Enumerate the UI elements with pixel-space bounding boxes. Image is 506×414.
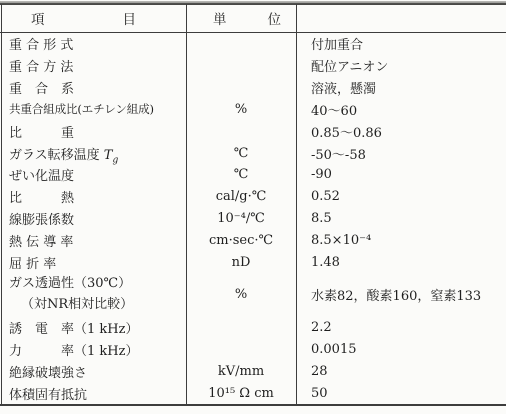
header-unit-label-left: 単 xyxy=(213,8,227,28)
table-row: 絶縁破壊強さ kV/mm 28 xyxy=(0,360,506,382)
value-cell: 溶液，懸濁 xyxy=(296,78,506,97)
value-cell: 配位アニオン xyxy=(296,56,506,75)
property-label: 重 合 方 法 xyxy=(0,56,186,75)
value-cell: 0.85～0.86 xyxy=(296,122,506,141)
table-row: 重 合 方 法 配位アニオン xyxy=(0,55,506,77)
scanned-property-table-page: 項 目 単 位 重 合 形 式 付加重合 重 合 方 法 配位アニオン 重 合 … xyxy=(0,0,506,414)
property-label: ぜい化温度 xyxy=(0,165,186,184)
table-row: 体積固有抵抗 10¹⁵ Ω cm 50 xyxy=(0,382,506,404)
table-row: 熱 伝 導 率 cm·sec·℃ 8.5×10⁻⁴ xyxy=(0,229,506,251)
table-row: 比 重 0.85～0.86 xyxy=(0,120,506,142)
table-row: ぜい化温度 ℃ -90 xyxy=(0,164,506,186)
property-label: 力 率（1 kHz） xyxy=(0,340,186,359)
value-cell: 0.0015 xyxy=(296,342,506,357)
table-body: 重 合 形 式 付加重合 重 合 方 法 配位アニオン 重 合 系 溶液，懸濁 … xyxy=(0,33,506,404)
property-label: 熱 伝 導 率 xyxy=(0,231,186,250)
table-row: 力 率（1 kHz） 0.0015 xyxy=(0,339,506,361)
value-cell: 8.5 xyxy=(296,211,506,226)
header-item-label-left: 項 xyxy=(31,8,45,28)
unit-cell: % xyxy=(186,102,296,117)
table-row: 共重合組成比(エチレン組成) % 40～60 xyxy=(0,98,506,120)
table-row: 屈 折 率 nD 1.48 xyxy=(0,251,506,273)
value-cell: 0.52 xyxy=(296,189,506,204)
value-cell: 1.48 xyxy=(296,255,506,270)
header-unit-label-right: 位 xyxy=(268,8,282,28)
table-row: ガス透過性（30℃） （対NR相対比較） % 水素82，酸素160，窒素133 xyxy=(0,273,506,317)
property-label: 線膨張係数 xyxy=(0,209,186,228)
value-cell: -90 xyxy=(296,167,506,182)
unit-cell: cal/g·℃ xyxy=(186,189,296,204)
header-item-column: 項 目 xyxy=(0,4,186,32)
property-label: 比 重 xyxy=(0,122,186,141)
table-bottom-rule xyxy=(0,404,506,406)
value-cell: 付加重合 xyxy=(296,34,506,53)
value-cell: 40～60 xyxy=(296,100,506,119)
header-value-column xyxy=(296,4,506,32)
unit-cell: ℃ xyxy=(186,167,296,182)
property-label-text: ガラス転移温度 xyxy=(9,148,100,163)
header-item-label-right: 目 xyxy=(123,8,137,28)
property-label-line2: （対NR相対比較） xyxy=(9,295,186,316)
table-row: ガラス転移温度 Tg ℃ -50～-58 xyxy=(0,142,506,164)
table-row: 重 合 系 溶液，懸濁 xyxy=(0,77,506,99)
table-header-row: 項 目 単 位 xyxy=(0,4,506,32)
property-label: 重 合 形 式 xyxy=(0,34,186,53)
unit-cell: cm·sec·℃ xyxy=(186,233,296,248)
unit-cell: kV/mm xyxy=(186,364,296,379)
unit-cell: nD xyxy=(186,255,296,270)
value-cell: 8.5×10⁻⁴ xyxy=(296,233,506,248)
property-label-line1: ガス透過性（30℃） xyxy=(9,274,186,295)
table-row: 線膨張係数 10⁻⁴/℃ 8.5 xyxy=(0,208,506,230)
unit-cell: % xyxy=(186,287,296,302)
value-cell: 2.2 xyxy=(296,320,506,335)
table-row: 重 合 形 式 付加重合 xyxy=(0,33,506,55)
property-label: 誘 電 率（1 kHz） xyxy=(0,318,186,337)
property-label: 体積固有抵抗 xyxy=(0,384,186,403)
table-row: 比 熱 cal/g·℃ 0.52 xyxy=(0,186,506,208)
value-cell: 50 xyxy=(296,386,506,401)
property-label: ガラス転移温度 Tg xyxy=(0,144,186,163)
property-label: 屈 折 率 xyxy=(0,253,186,272)
value-cell: -50～-58 xyxy=(296,144,506,163)
property-label: ガス透過性（30℃） （対NR相対比較） xyxy=(0,274,186,316)
value-cell: 28 xyxy=(296,364,506,379)
table-row: 誘 電 率（1 kHz） 2.2 xyxy=(0,317,506,339)
property-label: 絶縁破壊強さ xyxy=(0,362,186,381)
property-label: 重 合 系 xyxy=(0,78,186,97)
unit-cell: 10⁻⁴/℃ xyxy=(186,211,296,226)
property-label: 共重合組成比(エチレン組成) xyxy=(0,101,186,117)
value-cell: 水素82，酸素160，窒素133 xyxy=(296,285,506,304)
property-label: 比 熱 xyxy=(0,187,186,206)
header-unit-column: 単 位 xyxy=(186,4,296,32)
unit-cell: ℃ xyxy=(186,146,296,161)
unit-cell: 10¹⁵ Ω cm xyxy=(186,386,296,401)
